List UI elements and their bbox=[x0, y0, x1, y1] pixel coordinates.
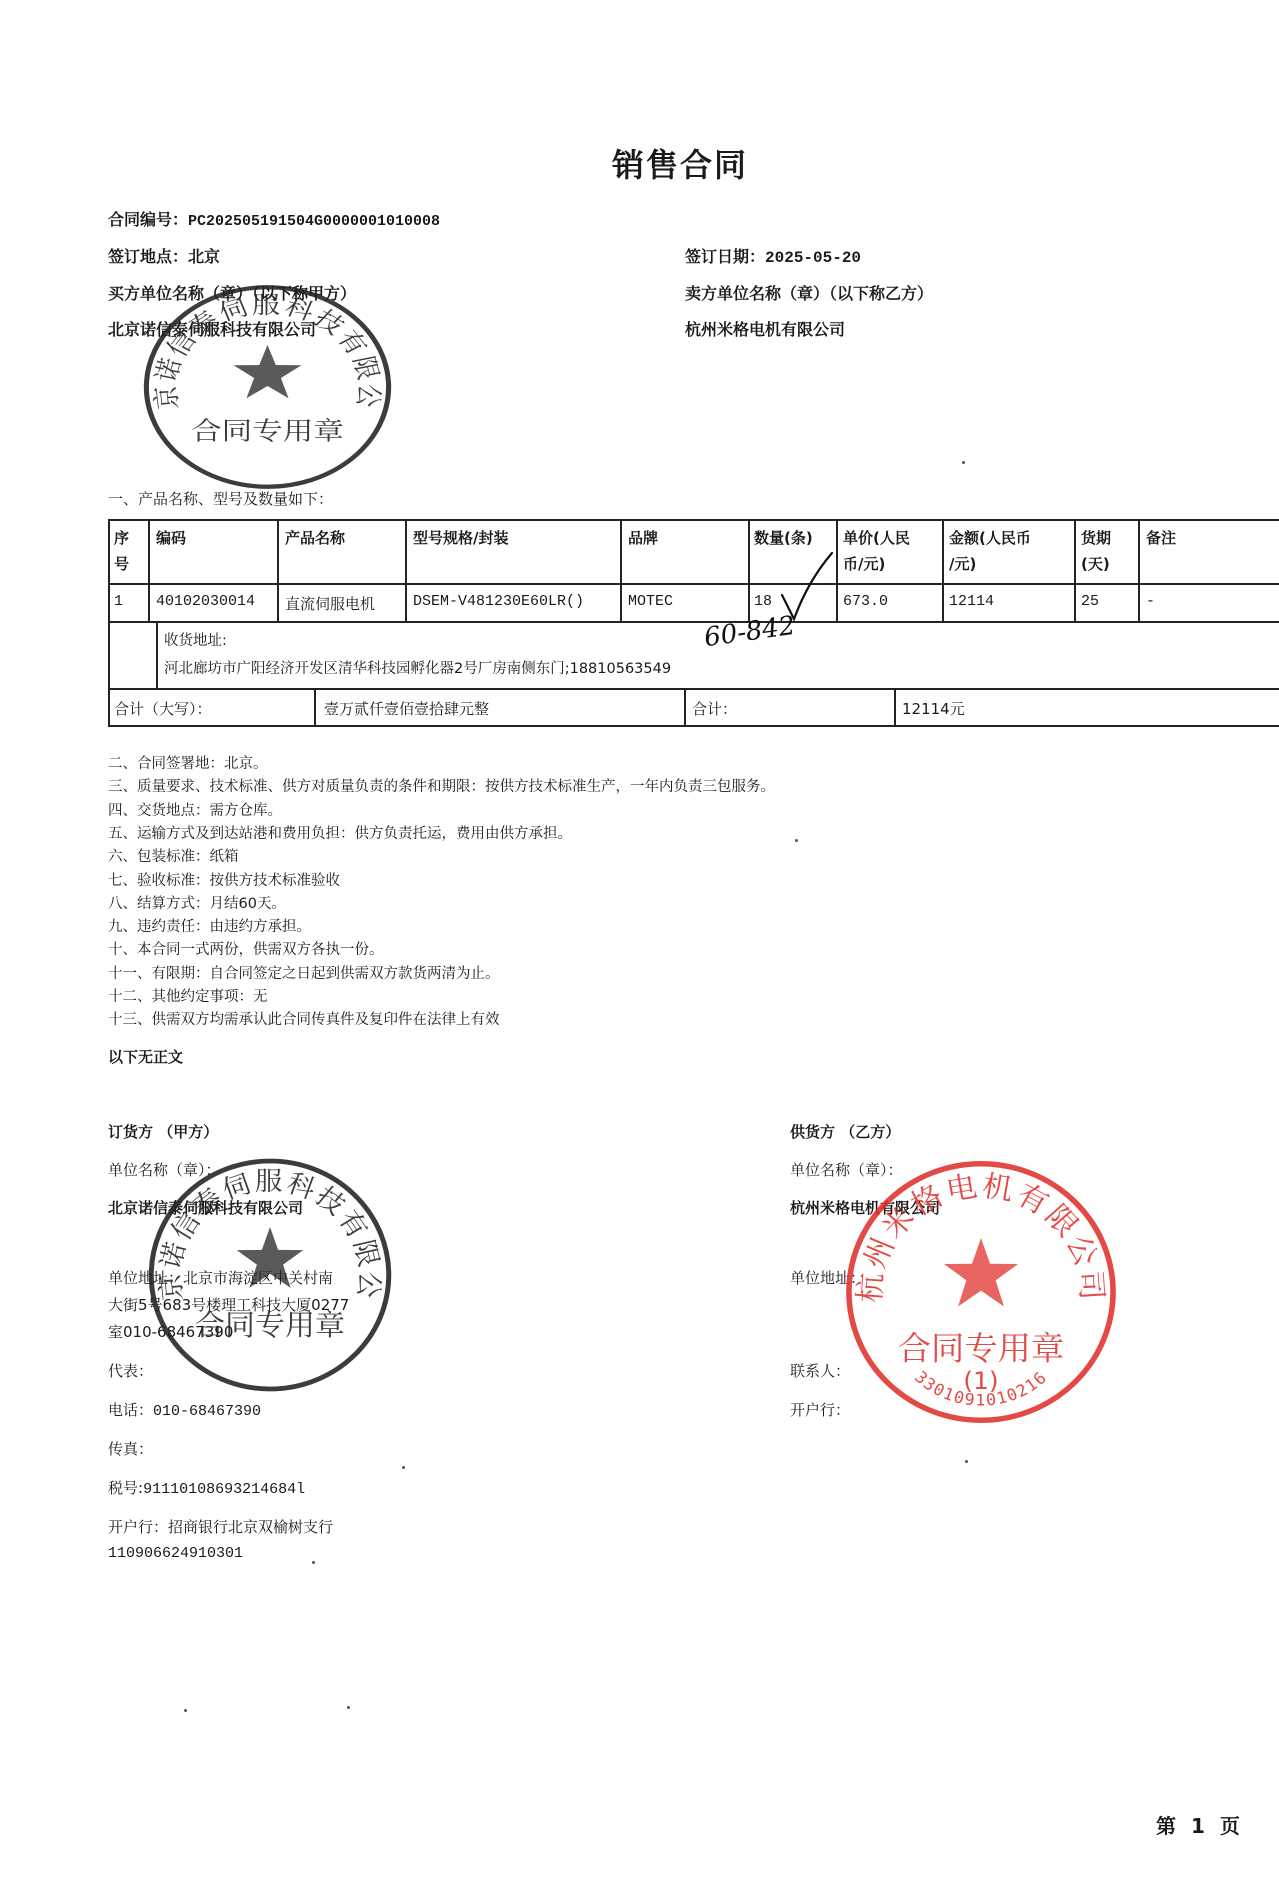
cell-amount: 12114 bbox=[949, 593, 994, 610]
clause-item: 六、包装标准：纸箱 bbox=[108, 845, 239, 866]
table-border bbox=[108, 519, 110, 727]
sign-date: 签订日期：2025-05-20 bbox=[685, 244, 861, 267]
seller-label: 卖方单位名称（章）（以下称乙方） bbox=[685, 281, 933, 304]
cell-seq: 1 bbox=[114, 593, 123, 610]
cell-unit-price: 673.0 bbox=[843, 593, 888, 610]
header-lead-time-line2: (天) bbox=[1081, 551, 1111, 577]
cell-lead-time: 25 bbox=[1081, 593, 1099, 610]
sign-place: 签订地点：北京 bbox=[108, 244, 220, 267]
buyer-account: 110906624910301 bbox=[108, 1545, 243, 1562]
buyer-address-line1: 单位地址：北京市海淀区中关村南 bbox=[108, 1267, 333, 1288]
table-border bbox=[108, 519, 1279, 521]
cell-model: DSEM-V481230E60LR() bbox=[413, 593, 584, 610]
seller-unit-name: 杭州米格电机有限公司 bbox=[790, 1197, 940, 1218]
section1-heading: 一、产品名称、型号及数量如下： bbox=[108, 488, 333, 509]
buyer-tax-label: 税号: bbox=[108, 1479, 143, 1497]
buyer-phone-value: 010-68467390 bbox=[153, 1403, 261, 1420]
buyer-heading: 订货方 （甲方） bbox=[108, 1121, 218, 1142]
clause-item: 九、违约责任：由违约方承担。 bbox=[108, 915, 311, 936]
buyer-tax-value: 91110108693214684l bbox=[143, 1481, 305, 1498]
table-divider bbox=[836, 519, 838, 622]
total-upper-value: 壹万贰仟壹佰壹拾肆元整 bbox=[324, 698, 489, 719]
svg-text:3301091010216: 3301091010216 bbox=[911, 1368, 1051, 1410]
table-divider bbox=[684, 688, 686, 726]
clause-item: 七、验收标准：按供方技术标准验收 bbox=[108, 869, 340, 890]
seller-address-label: 单位地址： bbox=[790, 1267, 865, 1288]
table-divider bbox=[314, 688, 316, 726]
cell-qty: 18 bbox=[754, 593, 772, 610]
address-label: 收货地址: bbox=[164, 629, 227, 650]
clause-item: 十二、其他约定事项：无 bbox=[108, 985, 268, 1006]
total-value: 12114元 bbox=[902, 698, 965, 719]
header-amount: 金额(人民币 /元) bbox=[949, 525, 1031, 577]
cell-code: 40102030014 bbox=[156, 593, 255, 610]
table-divider bbox=[1074, 519, 1076, 622]
header-unit-price-line2: 币/元) bbox=[843, 551, 910, 577]
header-unit-price: 单价(人民 币/元) bbox=[843, 525, 910, 577]
contract-number-value: PC202505191504G0000001010008 bbox=[188, 213, 440, 230]
svg-text:合同专用章: 合同专用章 bbox=[898, 1329, 1065, 1367]
clause-item: 十三、供需双方均需承认此合同传真件及复印件在法律上有效 bbox=[108, 1008, 500, 1029]
total-upper-label: 合计（大写）： bbox=[114, 698, 212, 719]
header-qty: 数量(条) bbox=[754, 525, 813, 551]
buyer-unit-name-label: 单位名称（章）： bbox=[108, 1159, 221, 1180]
header-seq-line1: 序 bbox=[114, 525, 129, 551]
document-title: 销售合同 bbox=[0, 140, 1279, 186]
buyer-address-line2: 大街5号683号楼理工科技大厦0277 bbox=[108, 1294, 349, 1315]
table-divider bbox=[277, 519, 279, 622]
scan-speck bbox=[965, 1460, 968, 1463]
table-divider bbox=[156, 621, 158, 689]
buyer-tax: 税号:91110108693214684l bbox=[108, 1477, 305, 1498]
buyer-bank-label: 开户行： bbox=[108, 1518, 168, 1536]
table-divider bbox=[108, 583, 1279, 585]
scan-speck bbox=[347, 1706, 350, 1709]
scan-speck bbox=[402, 1466, 405, 1469]
sign-date-value: 2025-05-20 bbox=[765, 249, 861, 267]
header-amount-line1: 金额(人民币 bbox=[949, 525, 1031, 551]
buyer-fax-label: 传真： bbox=[108, 1438, 153, 1459]
seller-bank-label: 开户行： bbox=[790, 1399, 850, 1420]
seller-heading: 供货方 （乙方） bbox=[790, 1121, 900, 1142]
table-divider bbox=[108, 688, 1279, 690]
page-number: 第 1 页 bbox=[1156, 1810, 1244, 1839]
table-divider bbox=[620, 519, 622, 622]
cell-product: 直流伺服电机 bbox=[285, 593, 375, 614]
header-seq-line2: 号 bbox=[114, 551, 129, 577]
scan-speck bbox=[795, 839, 798, 842]
buyer-phone: 电话：010-68467390 bbox=[108, 1399, 261, 1420]
clause-item: 八、结算方式：月结60天。 bbox=[108, 892, 286, 913]
svg-text:杭州米格电机有限公司: 杭州米格电机有限公司 bbox=[853, 1169, 1110, 1304]
product-table: 序 号 编码 产品名称 型号规格/封装 品牌 数量(条) 单价(人民 币/元) … bbox=[108, 519, 1279, 727]
header-brand: 品牌 bbox=[628, 525, 658, 551]
buyer-name: 北京诺信泰伺服科技有限公司 bbox=[108, 317, 316, 340]
table-divider bbox=[1138, 519, 1140, 622]
buyer-address-line3: 室010-68467390 bbox=[108, 1321, 233, 1342]
buyer-unit-name: 北京诺信泰伺服科技有限公司 bbox=[108, 1197, 303, 1218]
header-code: 编码 bbox=[156, 525, 186, 551]
buyer-bank-value: 招商银行北京双榆树支行 bbox=[168, 1518, 333, 1536]
address-value: 河北廊坊市广阳经济开发区清华科技园孵化器2号厂房南侧东门;18810563549 bbox=[164, 657, 671, 678]
scan-speck bbox=[962, 461, 965, 464]
table-divider bbox=[748, 519, 750, 622]
buyer-rep-label: 代表： bbox=[108, 1360, 153, 1381]
clause-item: 三、质量要求、技术标准、供方对质量负责的条件和期限：按供方技术标准生产，一年内负… bbox=[108, 775, 775, 796]
clause-item: 二、合同签署地：北京。 bbox=[108, 752, 268, 773]
sign-place-value: 北京 bbox=[188, 247, 220, 266]
seller-unit-name-label: 单位名称（章）： bbox=[790, 1159, 903, 1180]
table-divider bbox=[942, 519, 944, 622]
scan-speck bbox=[312, 1561, 315, 1564]
header-model: 型号规格/封装 bbox=[413, 525, 508, 551]
buyer-label: 买方单位名称（章）（以下称甲方） bbox=[108, 281, 356, 304]
stamp-graphic: 北京诺信泰伺服科技有限公司合同专用章 bbox=[140, 282, 395, 492]
total-label: 合计： bbox=[692, 698, 737, 719]
sign-place-label: 签订地点： bbox=[108, 247, 188, 266]
svg-text:合同专用章: 合同专用章 bbox=[191, 416, 344, 446]
cell-remark: - bbox=[1146, 593, 1155, 610]
scan-speck bbox=[184, 1709, 187, 1712]
clause-item: 四、交货地点：需方仓库。 bbox=[108, 799, 282, 820]
header-lead-time: 货期 (天) bbox=[1081, 525, 1111, 577]
contract-number: 合同编号：PC202505191504G0000001010008 bbox=[108, 207, 440, 230]
buyer-company-stamp: 北京诺信泰伺服科技有限公司合同专用章 bbox=[140, 282, 395, 492]
end-note: 以下无正文 bbox=[108, 1046, 183, 1067]
clause-item: 五、运输方式及到达站港和费用负担：供方负责托运，费用由供方承担。 bbox=[108, 822, 572, 843]
header-seq: 序 号 bbox=[114, 525, 129, 577]
buyer-bank: 开户行：招商银行北京双榆树支行 bbox=[108, 1516, 333, 1537]
clause-item: 十、本合同一式两份，供需双方各执一份。 bbox=[108, 938, 384, 959]
handwritten-note: 60-842 bbox=[702, 611, 797, 653]
cell-brand: MOTEC bbox=[628, 593, 673, 610]
buyer-phone-label: 电话： bbox=[108, 1401, 153, 1419]
header-product: 产品名称 bbox=[285, 525, 345, 551]
sign-date-label: 签订日期： bbox=[685, 247, 765, 266]
table-border bbox=[108, 725, 1279, 727]
table-divider bbox=[108, 621, 1279, 623]
table-divider bbox=[148, 519, 150, 622]
table-divider bbox=[894, 688, 896, 726]
header-lead-time-line1: 货期 bbox=[1081, 525, 1111, 551]
header-remark: 备注 bbox=[1146, 525, 1176, 551]
contract-number-label: 合同编号： bbox=[108, 210, 188, 229]
seller-contact-label: 联系人： bbox=[790, 1360, 850, 1381]
seller-name: 杭州米格电机有限公司 bbox=[685, 317, 845, 340]
table-divider bbox=[405, 519, 407, 622]
clause-item: 十一、有限期：自合同签定之日起到供需双方款货两清为止。 bbox=[108, 962, 500, 983]
header-unit-price-line1: 单价(人民 bbox=[843, 525, 910, 551]
header-amount-line2: /元) bbox=[949, 551, 1031, 577]
svg-text:(1): (1) bbox=[963, 1367, 998, 1396]
